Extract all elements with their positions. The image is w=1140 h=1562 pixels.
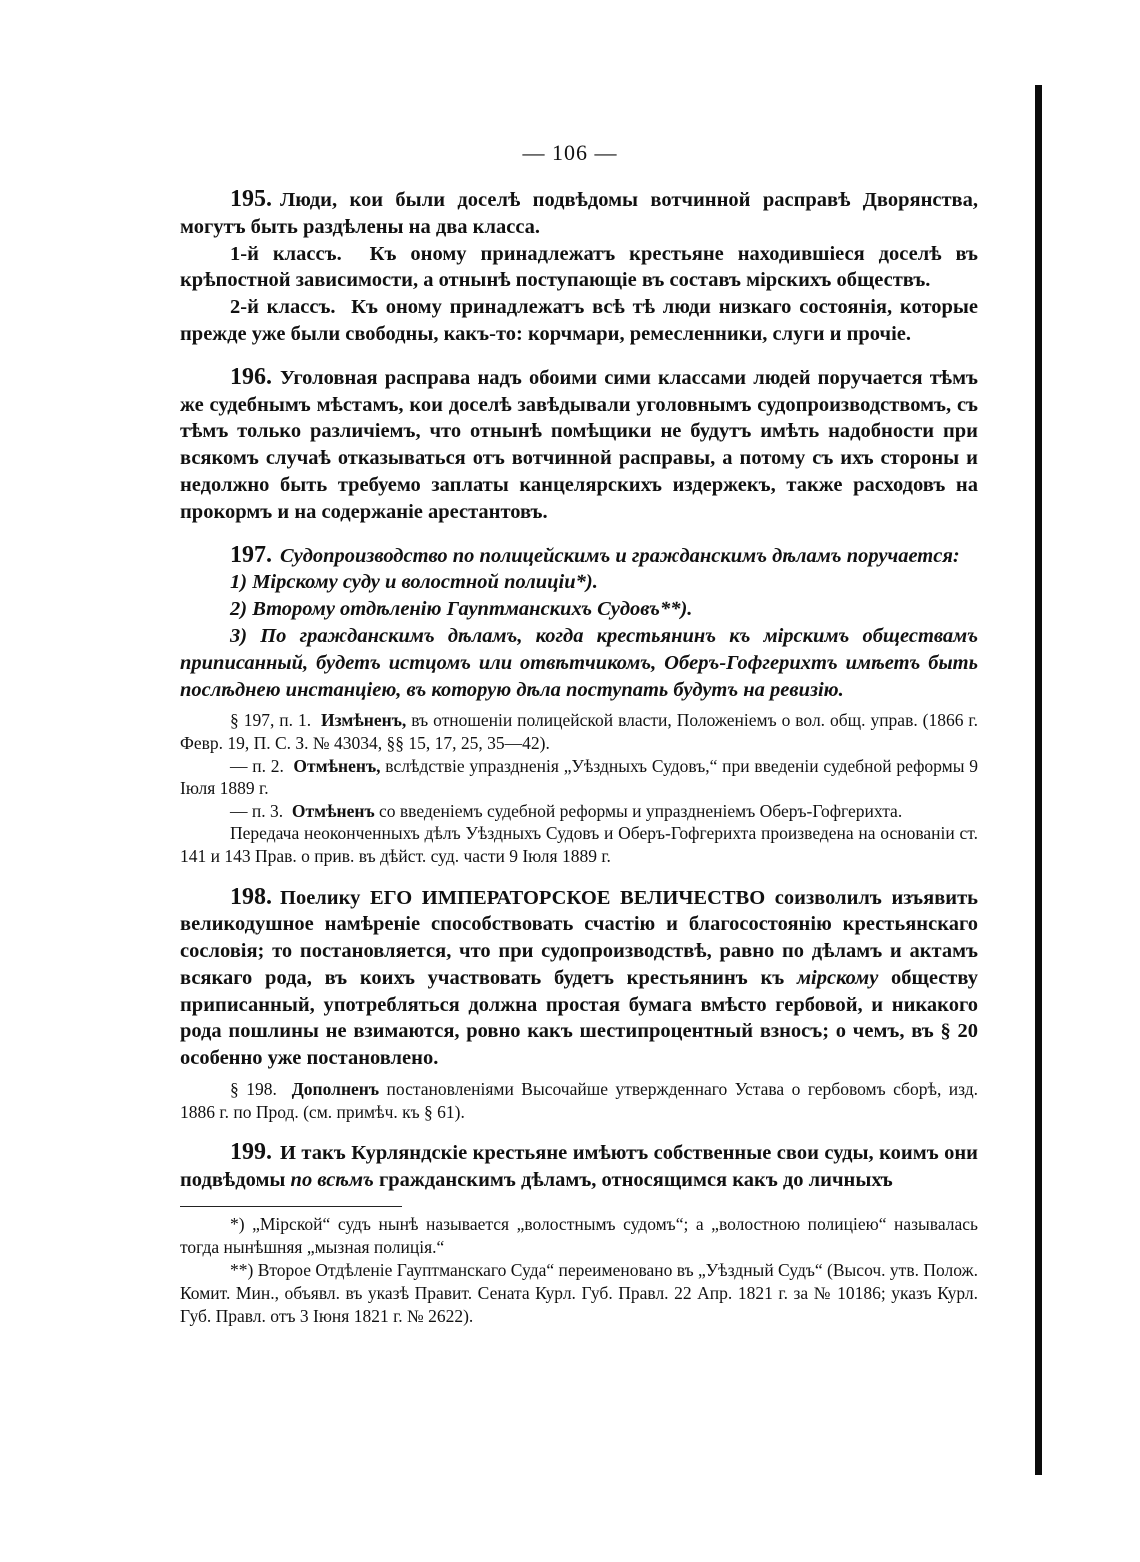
page-edge-bar <box>1035 85 1042 1475</box>
article-number: 195. <box>230 186 272 212</box>
article-text: гражданскимъ дѣламъ, относящимся какъ до… <box>379 1169 893 1191</box>
class-1-paragraph: 1-й классъ. Къ оному принадлежатъ кресть… <box>180 241 978 295</box>
article-text: Уголовная расправа надъ обоими сими клас… <box>180 367 978 523</box>
article-196-paragraph: 196.Уголовная расправа надъ обоими сими … <box>180 364 978 526</box>
note-status: Дополненъ <box>292 1079 379 1099</box>
amendment-note: — п. 3. Отмѣненъ со введеніемъ судебной … <box>180 800 978 823</box>
footnote-text: „Мірской“ судъ нынѣ называется „волостны… <box>180 1214 978 1257</box>
article-number: 197. <box>230 542 272 568</box>
article-number: 199. <box>230 1139 272 1165</box>
footnote-1: *) „Мірской“ судъ нынѣ называется „волос… <box>180 1213 978 1259</box>
class-2-paragraph: 2-й классъ. Къ оному принадлежатъ всѣ тѣ… <box>180 294 978 348</box>
note-ref: — п. 3. <box>230 801 283 821</box>
article-text: Люди, кои были доселѣ подвѣдомы вотчинно… <box>180 189 978 238</box>
footnote-2: **) Второе Отдѣленіе Гауптманскаго Суда“… <box>180 1259 978 1328</box>
article-195-paragraph: 195.Люди, кои были доселѣ подвѣдомы вотч… <box>180 186 978 241</box>
article-195: 195.Люди, кои были доселѣ подвѣдомы вотч… <box>180 186 978 348</box>
article-197-paragraph: 197.Судопроизводство по полицейскимъ и г… <box>180 542 978 570</box>
article-196: 196.Уголовная расправа надъ обоими сими … <box>180 364 978 526</box>
footnote-text: Второе Отдѣленіе Гауптманскаго Суда“ пер… <box>180 1260 978 1326</box>
article-197-item: 2) Второму отдѣленію Гауптманскихъ Судов… <box>180 596 978 623</box>
italic-word: мірскому <box>797 967 878 989</box>
article-number: 196. <box>230 364 272 390</box>
article-197-item: 3) По гражданскимъ дѣламъ, когда крестья… <box>180 623 978 703</box>
amendment-note: § 198. Дополненъ постановленіями Высочай… <box>180 1078 978 1123</box>
class-label: 2-й классъ. <box>230 296 336 318</box>
note-ref: — п. 2. <box>230 756 284 776</box>
article-199-paragraph: 199.И такъ Курляндскіе крестьяне имѣютъ … <box>180 1139 978 1194</box>
amendment-note: Передача неоконченныхъ дѣлъ Уѣздныхъ Суд… <box>180 822 978 867</box>
article-number: 198. <box>230 884 272 910</box>
note-status: Измѣненъ, <box>321 710 406 730</box>
article-199: 199.И такъ Курляндскіе крестьяне имѣютъ … <box>180 1139 978 1194</box>
footnote-divider <box>180 1206 402 1208</box>
amendment-note: § 197, п. 1. Измѣненъ, въ отношеніи поли… <box>180 709 978 754</box>
article-198: 198.Поелику ЕГО ИМПЕРАТОРСКОЕ ВЕЛИЧЕСТВО… <box>180 884 978 1124</box>
note-ref: § 198. <box>230 1079 277 1099</box>
class-label: 1-й классъ. <box>230 243 342 265</box>
note-ref: § 197, п. 1. <box>230 710 311 730</box>
note-text: со введеніемъ судебной реформы и упраздн… <box>379 801 902 821</box>
page-number: — 106 — <box>0 140 1140 166</box>
footnote-mark: *) <box>230 1214 245 1234</box>
amendment-note: — п. 2. Отмѣненъ, вслѣдствіе упраздненія… <box>180 755 978 800</box>
footnote-mark: **) <box>230 1260 253 1280</box>
article-text: Судопроизводство по полицейскимъ и гражд… <box>280 545 960 567</box>
article-197-item: 1) Мірскому суду и волостной полиціи*). <box>180 569 978 596</box>
italic-word: по всѣмъ <box>291 1169 374 1191</box>
article-198-paragraph: 198.Поелику ЕГО ИМПЕРАТОРСКОЕ ВЕЛИЧЕСТВО… <box>180 884 978 1073</box>
note-status: Отмѣненъ <box>292 801 375 821</box>
article-197: 197.Судопроизводство по полицейскимъ и г… <box>180 542 978 868</box>
page-content: 195.Люди, кои были доселѣ подвѣдомы вотч… <box>180 186 978 1328</box>
note-status: Отмѣненъ, <box>293 756 380 776</box>
